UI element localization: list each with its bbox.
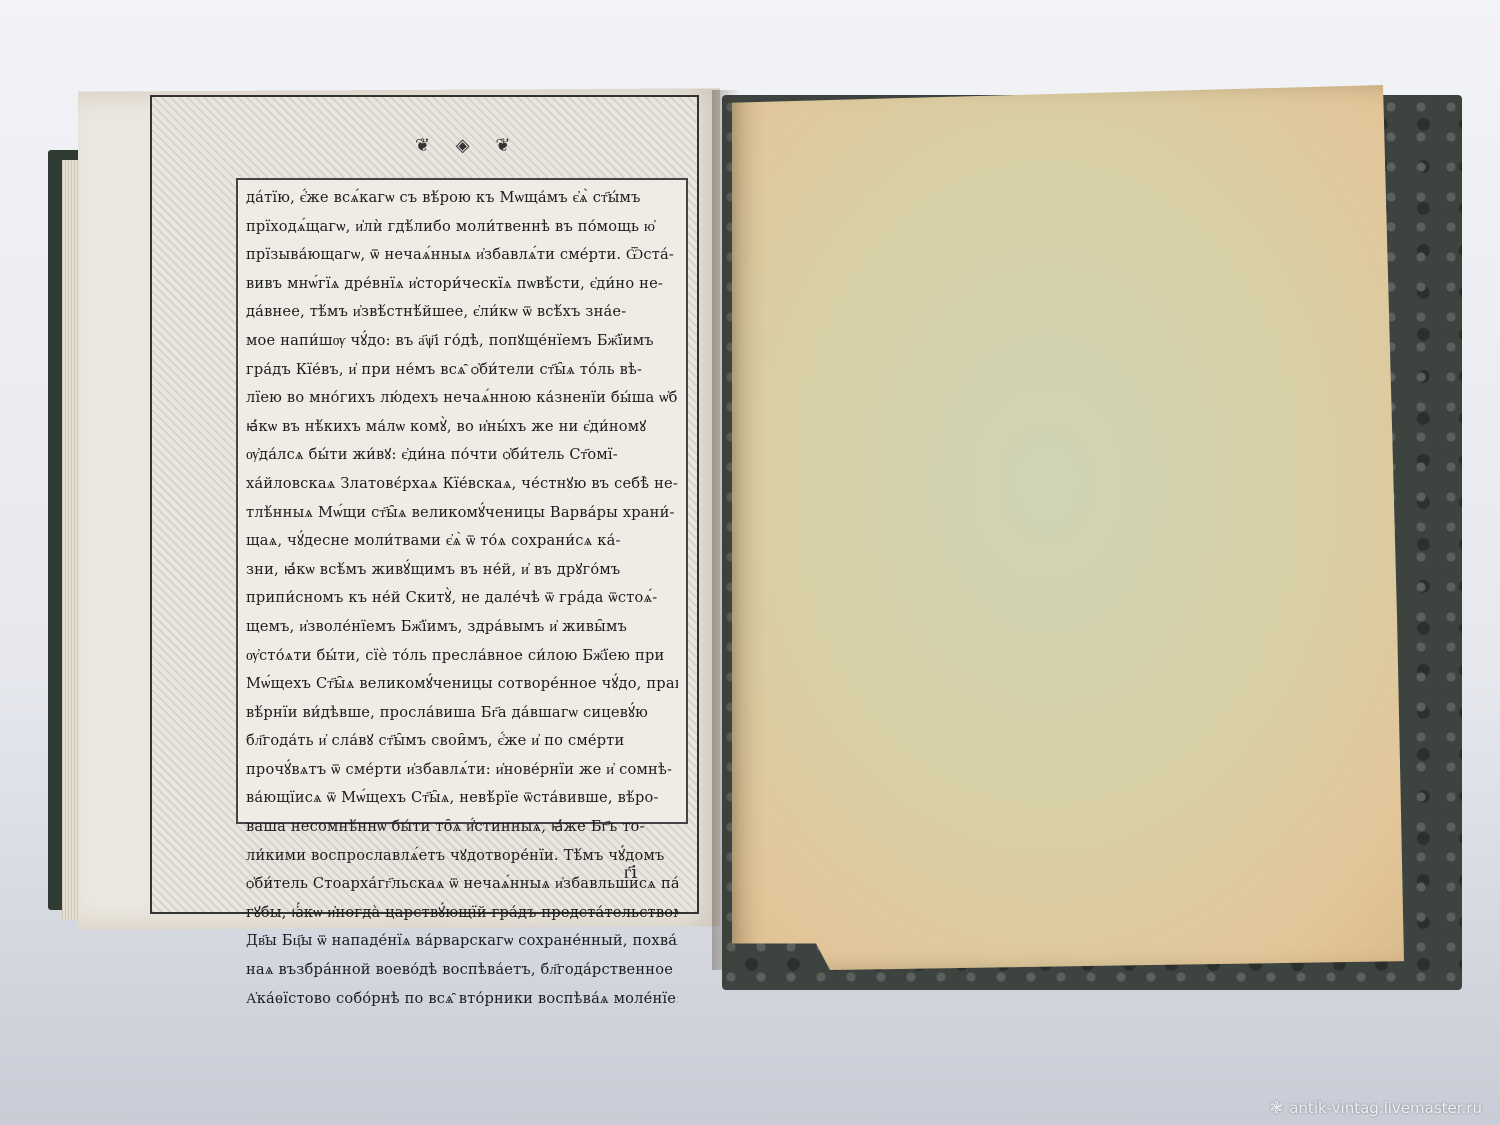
right-endpaper-page xyxy=(732,85,1432,970)
text-line: тлѣ́нныѧ Мѡ́щи ст҃ы̑ѧ великомꙋ́ченицы Ва… xyxy=(246,499,678,528)
text-line: прїходѧ́щагѡ, и҆лѝ гдѣ́либо моли́твеннѣ … xyxy=(246,213,678,242)
text-line: ѹ҆да́лсѧ бы́ти жи́вꙋ: є҆ди́на по́чти ѻ҆б… xyxy=(246,441,678,470)
ornament-header-icon: ❦ ◈ ❦ xyxy=(415,135,520,156)
book-photo: ❦ ◈ ❦ дáтїю, є҆́же всѧ́кагѡ съ вѣ́рою къ… xyxy=(0,0,1500,1125)
text-line: ꙗ҆́кѡ въ нѣ́кихъ ма́лѡ комꙋ̀, во и҆ны́хъ… xyxy=(246,413,678,442)
text-line: ѻ҆би́тель Стоарха́гг҃льскаѧ ѿ нечаѧ́нныѧ… xyxy=(246,870,678,899)
text-line: А҆ка́ѳїстово собо́рнѣ по всѧ̑ вто́рники … xyxy=(246,985,678,1014)
text-line: зни, ꙗ҆́кѡ всѣ́мъ живꙋ́щимъ въ не́й, и҆ … xyxy=(246,556,678,585)
text-line: припи́сномъ къ не́й Скитꙋ̀, не дале́чѣ ѿ… xyxy=(246,584,678,613)
text-line: щемъ, и҆зволе́нїемъ Бж҃їимъ, здра́вымъ и… xyxy=(246,613,678,642)
text-line: да́внее, тѣ́мъ и҆звѣ́стнѣ́йшее, є҆ли́кѡ … xyxy=(246,298,678,327)
text-line: гра́дъ Кїе́въ, и҆ при не́мъ всѧ̑ ѻ҆би́те… xyxy=(246,356,678,385)
text-line: ли́кими воспрославлѧ́етъ чꙋдотворе́нїи. … xyxy=(246,842,678,871)
text-line: прїзыва́ющагѡ, ѿ нечаѧ́нныѧ и҆збавлѧ́ти … xyxy=(246,241,678,270)
text-line: ва́ющїисѧ ѿ Мѡ́щехъ Ст҃ы̑ѧ, невѣ́рїе ѿст… xyxy=(246,784,678,813)
text-line: мое напи́шѹ чꙋ́до: въ а҃ѱ҃і го́дѣ, попꙋщ… xyxy=(246,327,678,356)
snowflake-flower-icon: ❃ xyxy=(1270,1098,1283,1117)
text-line: Дв҃ы Бц҃ы ѿ нападе́нїѧ ва́рварскагѡ сохр… xyxy=(246,927,678,956)
spine-gutter xyxy=(712,90,740,970)
page-number: г҃і xyxy=(624,862,637,883)
text-line: вивъ мнѡ́гїѧ дре́внїѧ и҆стори́ческїѧ пѡв… xyxy=(246,270,678,299)
text-line: дáтїю, є҆́же всѧ́кагѡ съ вѣ́рою къ Мѡща́… xyxy=(246,184,678,213)
text-line: ха́йловскаѧ Златовє́рхаѧ Кїе́вскаѧ, че́с… xyxy=(246,470,678,499)
watermark-text: antik-vintag.livemaster.ru xyxy=(1289,1099,1482,1117)
text-line: ваша несомнѣ́ннѡ бы́ти то̑ѧ и҆́стинныѧ, … xyxy=(246,813,678,842)
watermark: ❃ antik-vintag.livemaster.ru xyxy=(1270,1098,1482,1117)
text-line: прочꙋ́вѧтъ ѿ сме́рти и҆збавлѧ́ти: и҆нове… xyxy=(246,756,678,785)
text-line: Мѡ́щехъ Ст҃ы̑ѧ великомꙋ́ченицы сотворе́н… xyxy=(246,670,678,699)
page-text-block: дáтїю, є҆́же всѧ́кагѡ съ вѣ́рою къ Мѡща́… xyxy=(236,178,688,824)
text-line: ѹ҆сто́ѧти бы́ти, сїѐ то́ль пресла́вное с… xyxy=(246,642,678,671)
text-line: лїею во мно́гихъ лю́дехъ нечаѧ́нною ка́з… xyxy=(246,384,678,413)
text-line: гꙋбы, ꙗ҆́кѡ и҆ногда̀ царствꙋ́ющїй гра́дъ… xyxy=(246,899,678,928)
text-line: вѣ́рнїи ви́дѣвше, просла́виша Бг҃а да́вш… xyxy=(246,699,678,728)
text-line: нaѧ възбра́нной воево́дѣ воспѣва́етъ, бл… xyxy=(246,956,678,985)
text-line: бл҃года́ть и҆ сла́вꙋ ст҃ы̑мъ свои̑мъ, є҆… xyxy=(246,727,678,756)
text-line: щаѧ, чꙋ́десне моли́твами є҆ѧ̀ ѿ то́ѧ сох… xyxy=(246,527,678,556)
